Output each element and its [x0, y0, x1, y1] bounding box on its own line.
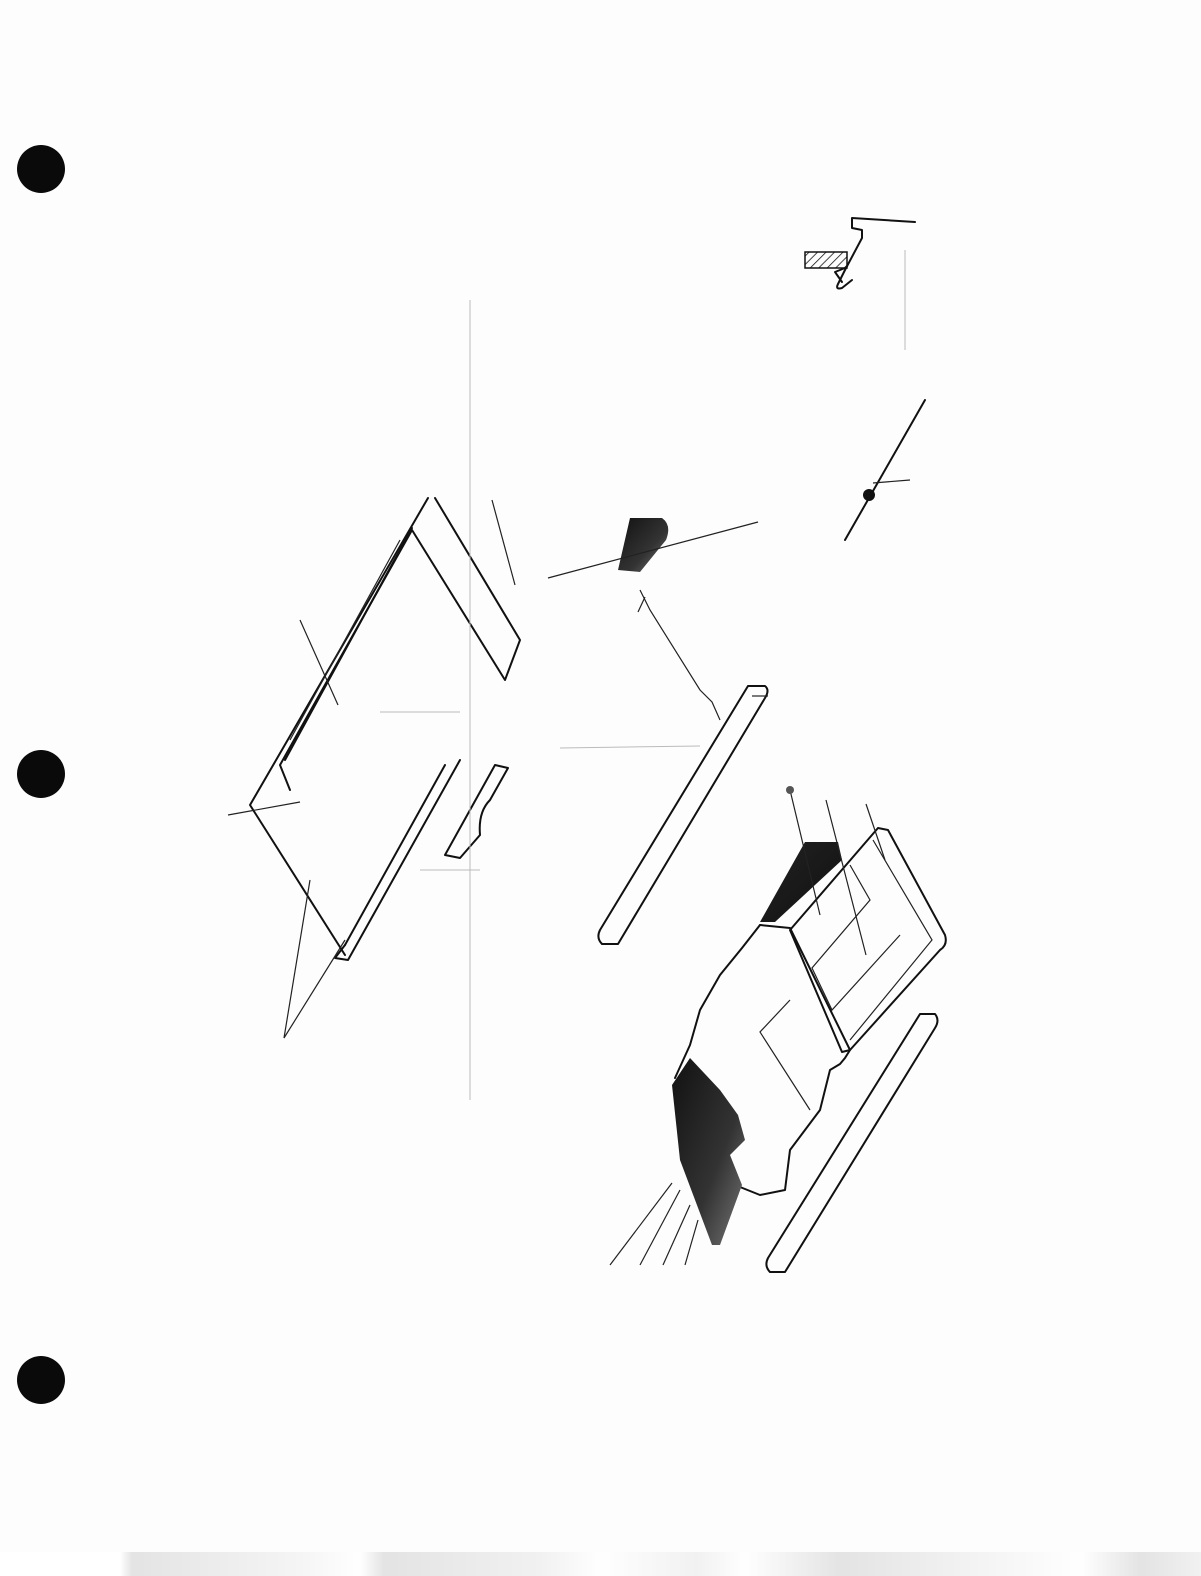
rail-lower [766, 1014, 937, 1272]
scan-artifact-strip [0, 1552, 1201, 1576]
exploded-assembly-drawing [0, 0, 1201, 1576]
rail-upper [598, 686, 768, 944]
shaded-part-top [618, 518, 668, 572]
shaded-part-lower [672, 1058, 745, 1245]
section-detail [805, 218, 915, 350]
center-plate [380, 590, 720, 870]
handle-detail [845, 400, 925, 540]
upper-frame [250, 498, 520, 960]
